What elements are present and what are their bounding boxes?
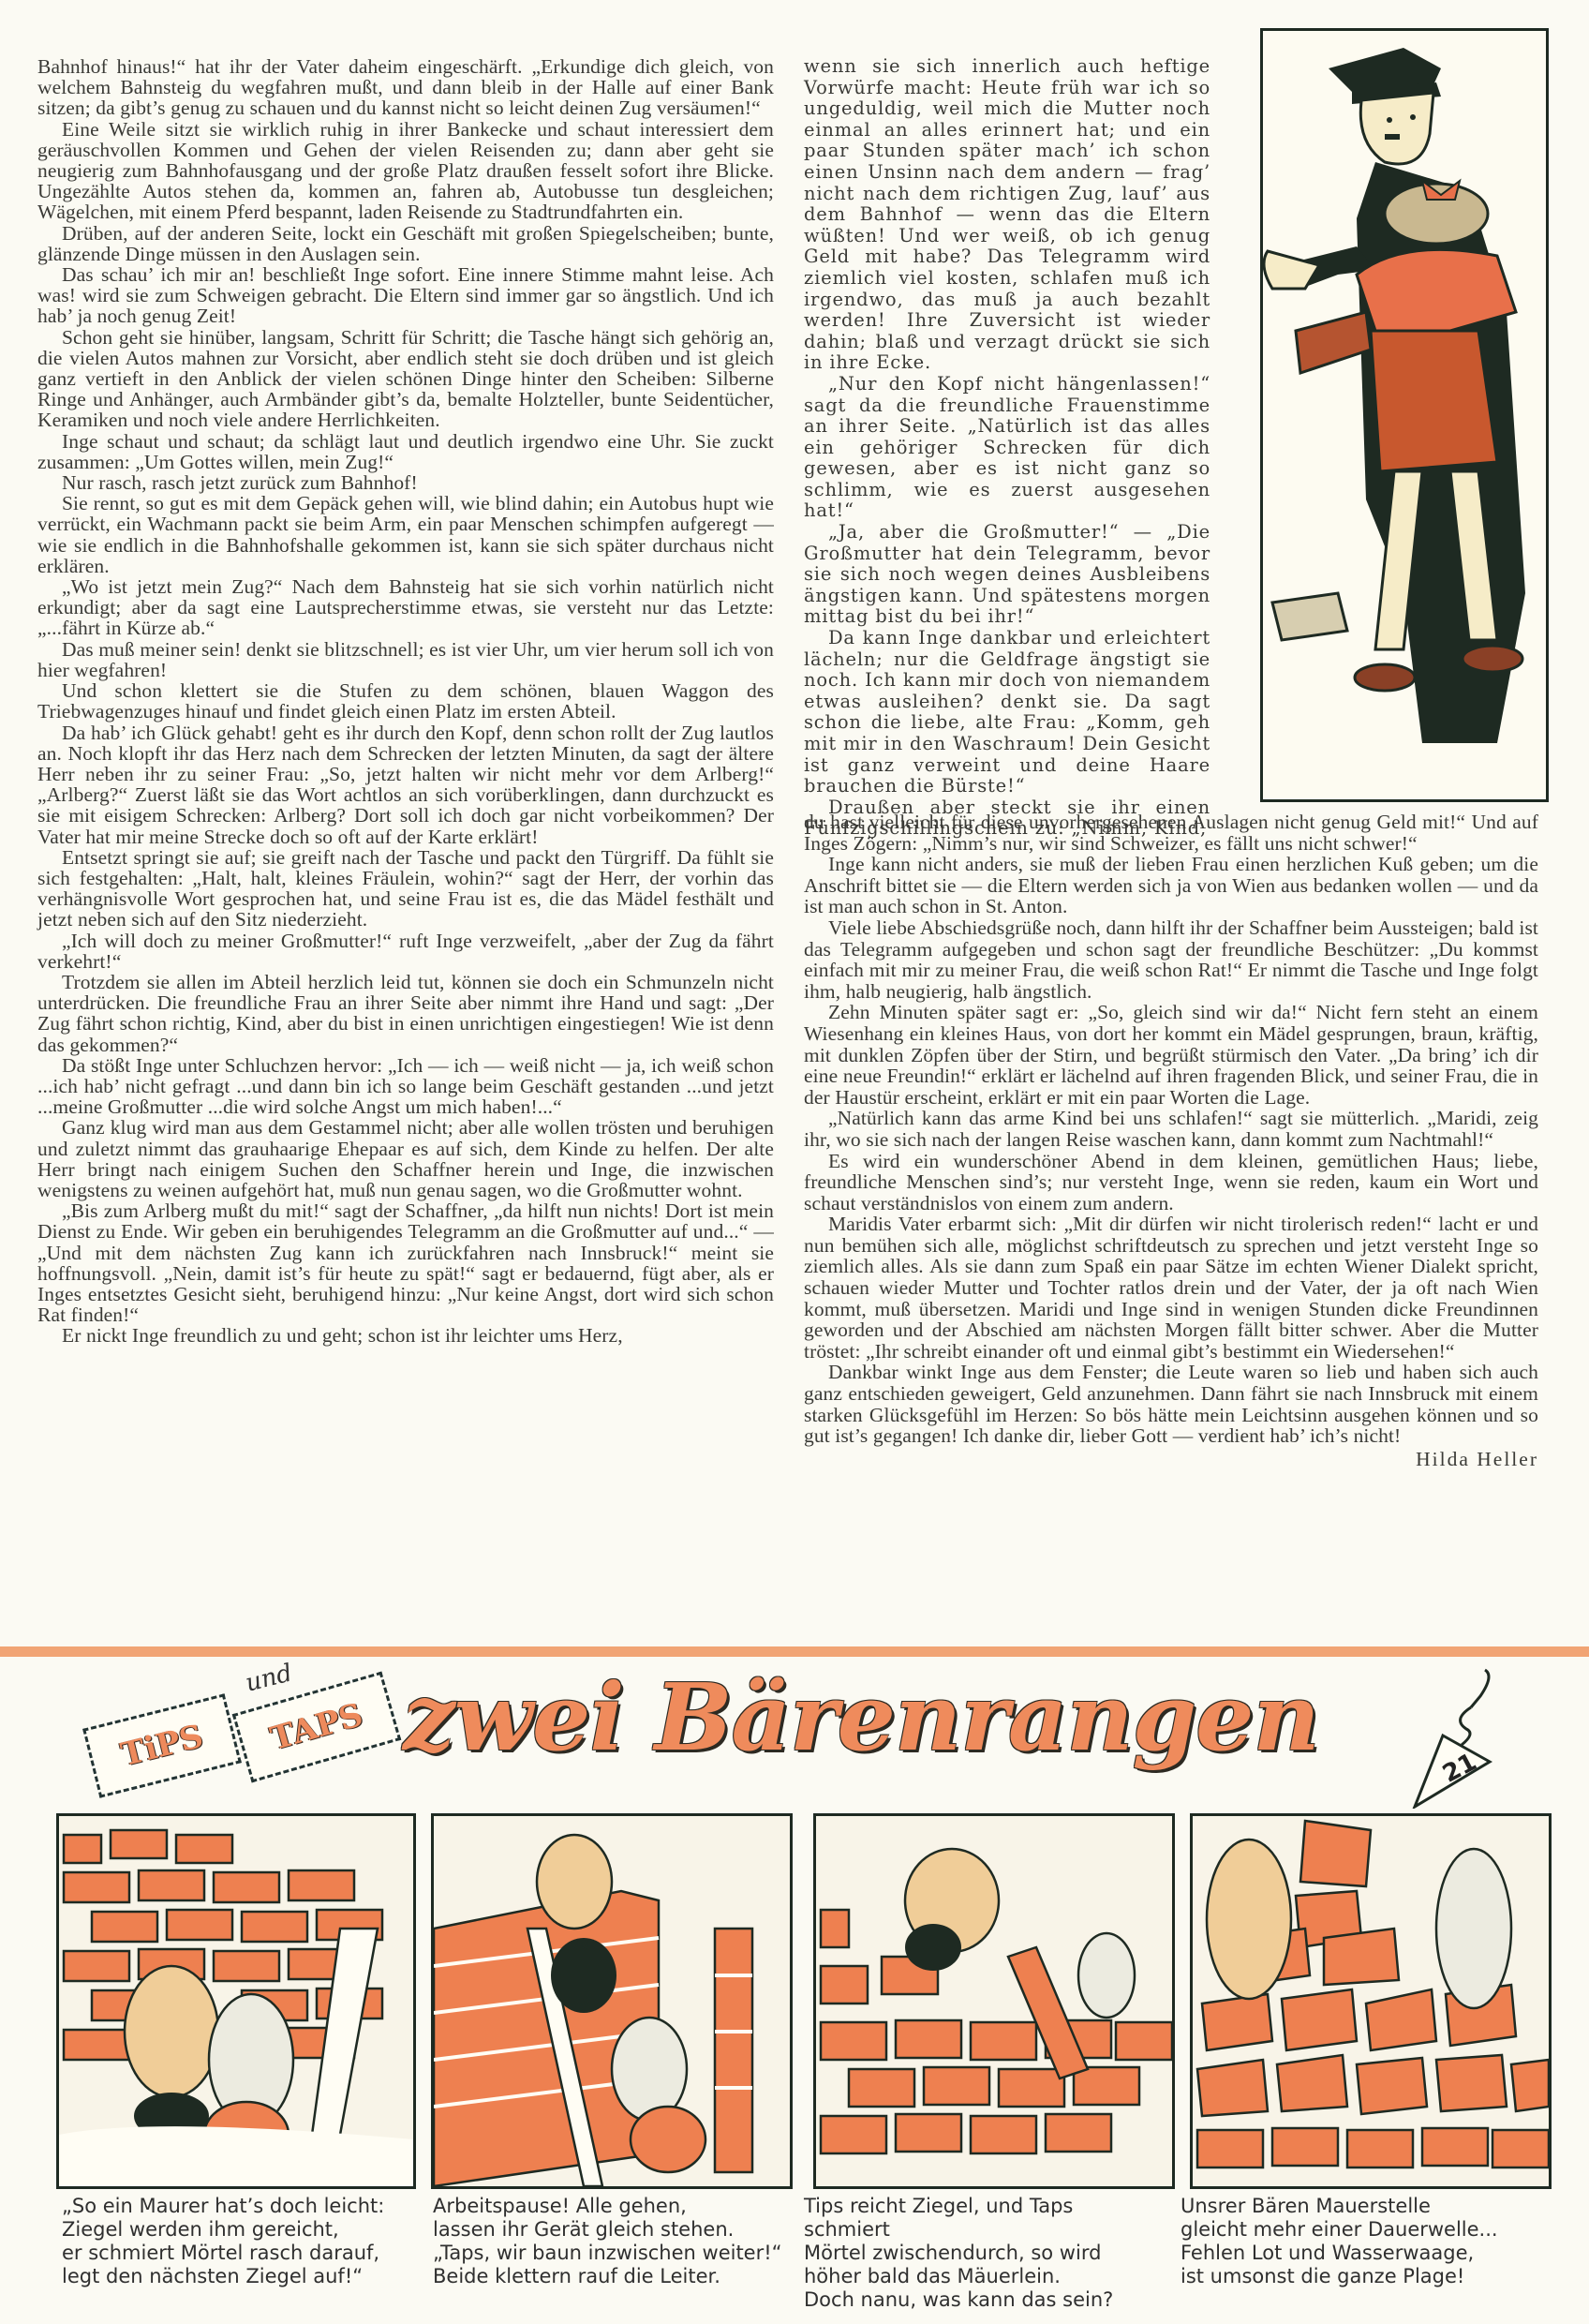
story-illustration [1260, 28, 1549, 802]
story-paragraph: du hast vielleicht für diese unvorherges… [804, 812, 1538, 854]
story-paragraph: Zehn Minuten später sagt er: „So, gleich… [804, 1002, 1538, 1108]
story-paragraph: Da stößt Inge unter Schluchzen hervor: „… [37, 1055, 774, 1118]
trowel-icon [1396, 1668, 1499, 1809]
story-paragraph: „Ja, aber die Großmutter!“ — „Die Großmu… [804, 522, 1210, 628]
comic-caption-1: „So ein Maurer hat’s doch leicht: Ziegel… [62, 2195, 418, 2288]
story-paragraph: wenn sie sich innerlich auch heftige Vor… [804, 56, 1210, 374]
story-paragraph: „Wo ist jetzt mein Zug?“ Nach dem Bahnst… [37, 576, 774, 639]
story-paragraph: Und schon klettert sie die Stufen zu dem… [37, 680, 774, 722]
bears-climbing-ladder-drawing [434, 1816, 790, 2186]
story-paragraph: Sie rennt, so gut es mit dem Gepäck gehe… [37, 493, 774, 576]
comic-caption-3: Tips reicht Ziegel, und Taps schmiert Mö… [804, 2195, 1160, 2312]
story-paragraph: Maridis Vater erbarmt sich: „Mit dir dür… [804, 1214, 1538, 1362]
comic-caption-2: Arbeitspause! Alle gehen, lassen ihr Ger… [433, 2195, 789, 2288]
stamp-tips: TiPS [82, 1693, 242, 1797]
story-paragraph: Da kann Inge dankbar und erleichtert läc… [804, 628, 1210, 797]
story-paragraph: „Bis zum Arlberg mußt du mit!“ sagt der … [37, 1200, 774, 1325]
story-paragraph: Eine Weile sitzt sie wirklich ruhig in i… [37, 119, 774, 223]
story-paragraph: Das schau’ ich mir an! beschließt Inge s… [37, 264, 774, 327]
story-paragraph: Dankbar winkt Inge aus dem Fenster; die … [804, 1362, 1538, 1446]
story-paragraph: Da hab’ ich Glück gehabt! geht es ihr du… [37, 723, 774, 847]
comic-panel-3 [813, 1813, 1175, 2189]
crooked-wall-drawing [1193, 1816, 1549, 2186]
story-paragraph: Drüben, auf der anderen Seite, lockt ein… [37, 223, 774, 264]
story-paragraph: „Nur den Kopf nicht hängenlassen!“ sagt … [804, 374, 1210, 522]
story-paragraph: Schon geht sie hinüber, langsam, Schritt… [37, 327, 774, 431]
story-column-middle-top: wenn sie sich innerlich auch heftige Vor… [804, 56, 1210, 840]
section-divider [0, 1646, 1589, 1657]
bears-watching-mason-drawing [59, 1816, 413, 2186]
story-paragraph: Das muß meiner sein! denkt sie blitzschn… [37, 639, 774, 680]
story-paragraph: Viele liebe Abschiedsgrüße noch, dann hi… [804, 917, 1538, 1002]
comic-panel-4 [1190, 1813, 1552, 2189]
story-column-middle-bottom-body: du hast vielleicht für diese unvorherges… [804, 812, 1538, 1447]
title-connector: und [243, 1659, 295, 1697]
comic-caption-4: Unsrer Bären Mauerstelle gleicht mehr ei… [1181, 2195, 1537, 2288]
guard-and-girl-drawing [1263, 31, 1546, 799]
comic-panel-1 [56, 1813, 416, 2189]
bears-building-wall-drawing [816, 1816, 1172, 2186]
story-paragraph: „Natürlich kann das arme Kind bei uns sc… [804, 1108, 1538, 1150]
story-paragraph: Es wird ein wunderschöner Abend in dem k… [804, 1151, 1538, 1214]
story-paragraph: Inge kann nicht anders, sie muß der lieb… [804, 854, 1538, 917]
author-signature: Hilda Heller [804, 1449, 1538, 1470]
comic-header: TiPS und TAPS zwei Bärenrangen 21 [0, 1668, 1589, 1809]
story-paragraph: Ganz klug wird man aus dem Gestammel nic… [37, 1117, 774, 1200]
story-paragraph: Trotzdem sie allen im Abteil herzlich le… [37, 972, 774, 1055]
story-paragraph: Inge schaut und schaut; da schlägt laut … [37, 431, 774, 472]
story-paragraph: Entsetzt springt sie auf; sie greift nac… [37, 847, 774, 931]
comic-panel-2 [431, 1813, 793, 2189]
story-column-left: Bahnhof hinaus!“ hat ihr der Vater dahei… [37, 56, 774, 1347]
story-paragraph: „Ich will doch zu meiner Großmutter!“ ru… [37, 931, 774, 972]
story-paragraph: Bahnhof hinaus!“ hat ihr der Vater dahei… [37, 56, 774, 119]
story-column-middle-bottom: du hast vielleicht für diese unvorherges… [804, 812, 1538, 1469]
comic-title: zwei Bärenrangen [403, 1664, 1319, 1772]
story-paragraph: Er nickt Inge freundlich zu und geht; sc… [37, 1325, 774, 1346]
story-paragraph: Nur rasch, rasch jetzt zurück zum Bahnho… [37, 472, 774, 493]
